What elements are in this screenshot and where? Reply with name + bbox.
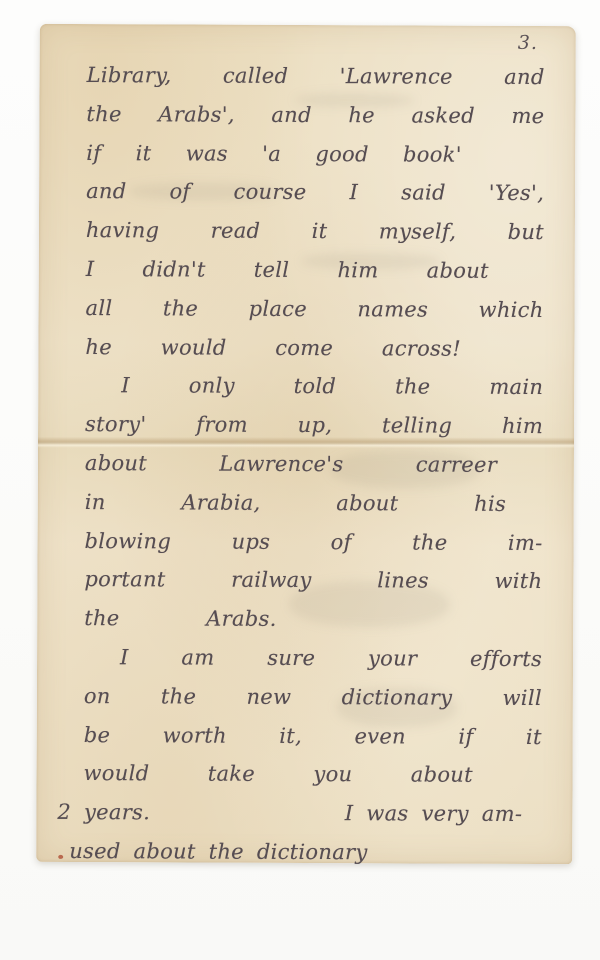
handwritten-line: story' from up, telling him xyxy=(85,405,543,446)
handwritten-line: on the new dictionary will xyxy=(84,677,542,718)
handwritten-line: all the place names which xyxy=(86,289,544,330)
handwritten-line: about Lawrence's carreer xyxy=(85,444,497,485)
handwritten-line: having read it myself, but xyxy=(86,211,544,252)
handwritten-line: blowing ups of the im- xyxy=(84,522,542,563)
handwritten-line: be worth it, even if it xyxy=(84,716,542,757)
handwritten-text-block: Library, called 'Lawrence and the Arabs'… xyxy=(83,56,545,873)
handwritten-line: and of course I said 'Yes', xyxy=(86,172,544,213)
handwritten-line: I only told the main xyxy=(85,366,543,407)
handwritten-line: the Arabs. xyxy=(84,599,277,639)
handwritten-line: in Arabia, about his xyxy=(85,483,507,524)
handwritten-line: he would come across! xyxy=(85,328,461,368)
handwritten-line: portant railway lines with xyxy=(84,560,542,601)
handwritten-line: the Arabs', and he asked me xyxy=(86,95,544,136)
handwritten-line: used about the dictionary xyxy=(69,832,541,873)
handwritten-line: I didn't tell him about xyxy=(86,250,489,291)
handwritten-line: I am sure your efforts xyxy=(84,638,542,679)
handwritten-line: Library, called 'Lawrence and xyxy=(87,56,545,97)
handwritten-line: if it was 'a good book' xyxy=(86,134,462,174)
page-number: 3. xyxy=(518,32,538,54)
red-ink-fleck xyxy=(58,855,63,859)
handwritten-line: 2 years. I was very am- xyxy=(57,793,541,834)
letter-page: 3. Library, called 'Lawrence and the Ara… xyxy=(36,24,576,864)
handwritten-line: would take you about xyxy=(83,754,472,794)
scanned-letter-screenshot: { "letter": { "page_number": "3.", "line… xyxy=(0,0,600,960)
